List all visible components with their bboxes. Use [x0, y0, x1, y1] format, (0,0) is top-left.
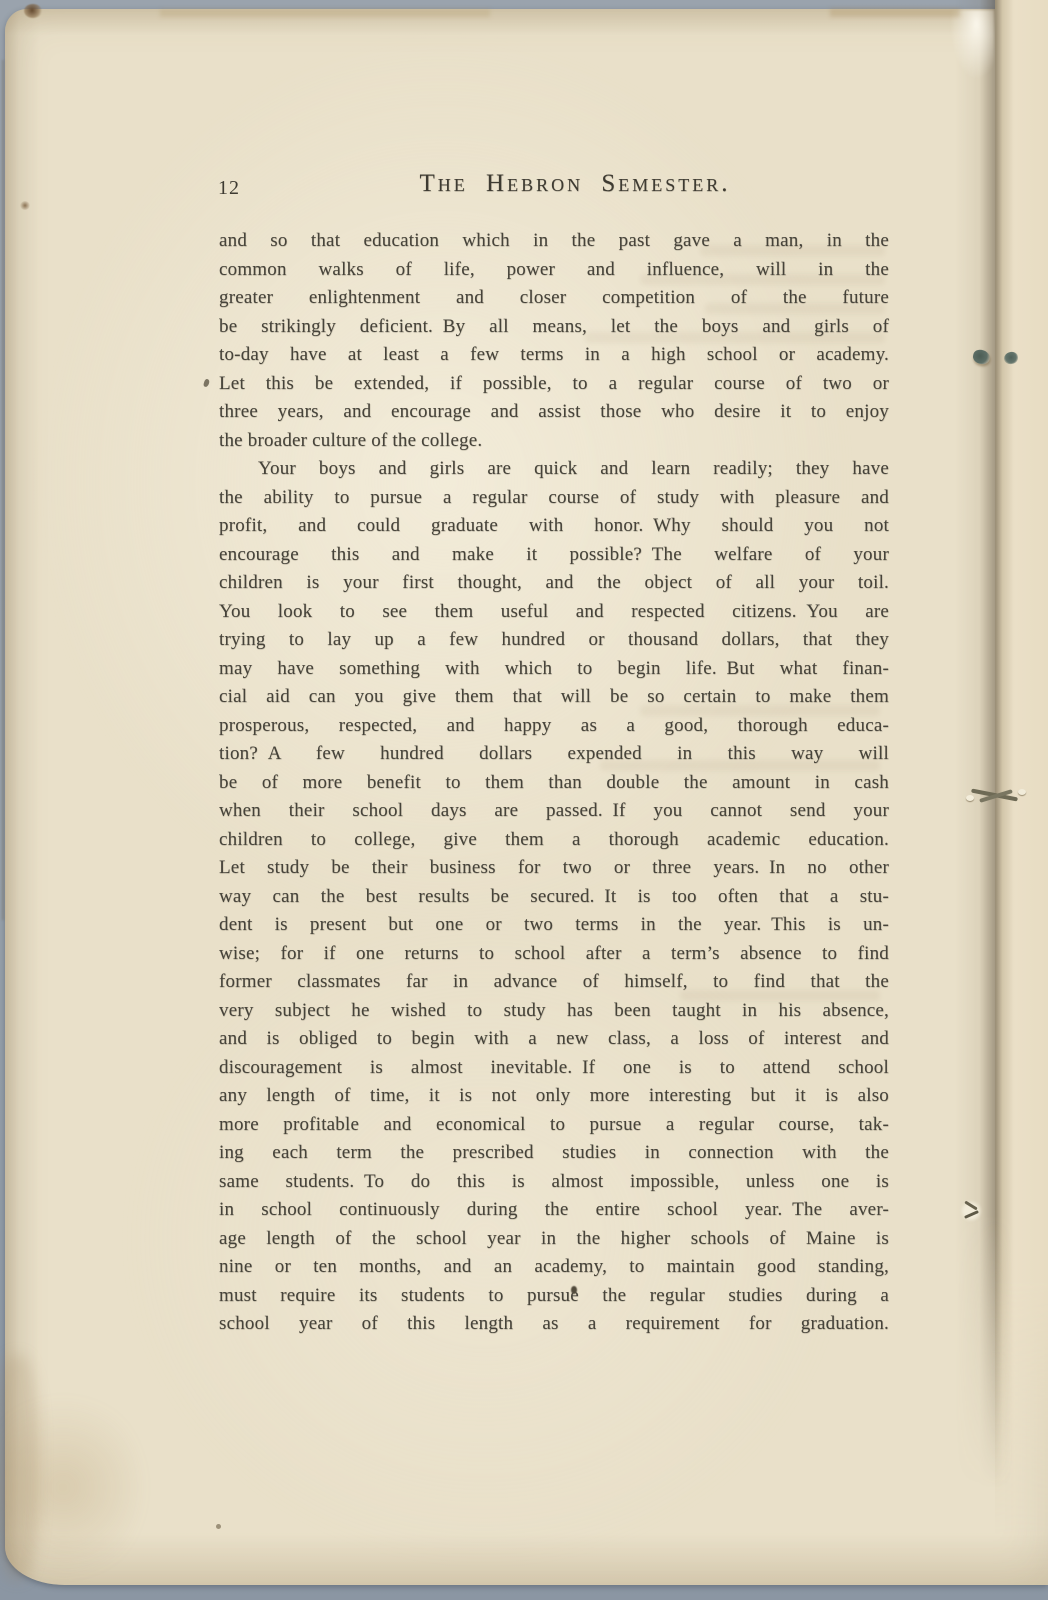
body-text: and so that education which in the past …	[219, 227, 889, 1339]
page-stack-edge	[2, 60, 4, 920]
text-line: prosperous, respected, and happy as a go…	[219, 712, 889, 741]
text-line: cial aid can you give them that will be …	[219, 683, 889, 712]
gutter-highlight	[950, 10, 994, 80]
text-line: same students. To do this is almost impo…	[219, 1168, 889, 1197]
text-line: You look to see them useful and respecte…	[219, 598, 889, 627]
text-line: encourage this and make it possible? The…	[219, 541, 889, 570]
text-line: Let study be their business for two or t…	[219, 854, 889, 883]
text-line: any length of time, it is not only more …	[219, 1082, 889, 1111]
scanned-photo: 12 The Hebron Semester. and so that educ…	[0, 0, 1048, 1600]
text-line: dent is present but one or two terms in …	[219, 911, 889, 940]
text-line: be strikingly deficient. By all means, l…	[219, 313, 889, 342]
text-line: and so that education which in the past …	[219, 227, 889, 256]
text-line: ing each term the prescribed studies in …	[219, 1139, 889, 1168]
text-line: school year of this length as a requirem…	[219, 1310, 889, 1339]
text-line: must require its students to pursue the …	[219, 1282, 889, 1311]
text-line: wise; for if one returns to school after…	[219, 940, 889, 969]
text-line: Let this be extended, if possible, to a …	[219, 370, 889, 399]
text-line: very subject he wished to study has been…	[219, 997, 889, 1026]
text-line: more profitable and economical to pursue…	[219, 1111, 889, 1140]
text-line: Your boys and girls are quick and learn …	[219, 455, 889, 484]
text-line: the broader culture of the college.	[219, 427, 889, 456]
text-line: the ability to pursue a regular course o…	[219, 484, 889, 513]
text-line: to-day have at least a few terms in a hi…	[219, 341, 889, 370]
text-line: when their school days are passed. If yo…	[219, 797, 889, 826]
text-line: children to college, give them a thoroug…	[219, 826, 889, 855]
text-line: greater enlightenment and closer competi…	[219, 284, 889, 313]
running-title: The Hebron Semester.	[240, 170, 910, 198]
text-line: discouragement is almost inevitable. If …	[219, 1054, 889, 1083]
text-line: three years, and encourage and assist th…	[219, 398, 889, 427]
text-line: common walks of life, power and influenc…	[219, 256, 889, 285]
text-line: way can the best results be secured. It …	[219, 883, 889, 912]
text-line: age length of the school year in the hig…	[219, 1225, 889, 1254]
text-line: nine or ten months, and an academy, to m…	[219, 1253, 889, 1282]
text-line: children is your first thought, and the …	[219, 569, 889, 598]
text-line: in school continuously during the entire…	[219, 1196, 889, 1225]
text-line: and is obliged to begin with a new class…	[219, 1025, 889, 1054]
page-number: 12	[218, 177, 240, 200]
gutter-crease	[955, 0, 1013, 1600]
text-line: be of more benefit to them than double t…	[219, 769, 889, 798]
text-line: tion? A few hundred dollars expended in …	[219, 740, 889, 769]
text-line: profit, and could graduate with honor. W…	[219, 512, 889, 541]
text-line: trying to lay up a few hundred or thousa…	[219, 626, 889, 655]
page-header: 12 The Hebron Semester.	[218, 170, 888, 202]
text-line: may have something with which to begin l…	[219, 655, 889, 684]
text-line: former classmates far in advance of hims…	[219, 968, 889, 997]
